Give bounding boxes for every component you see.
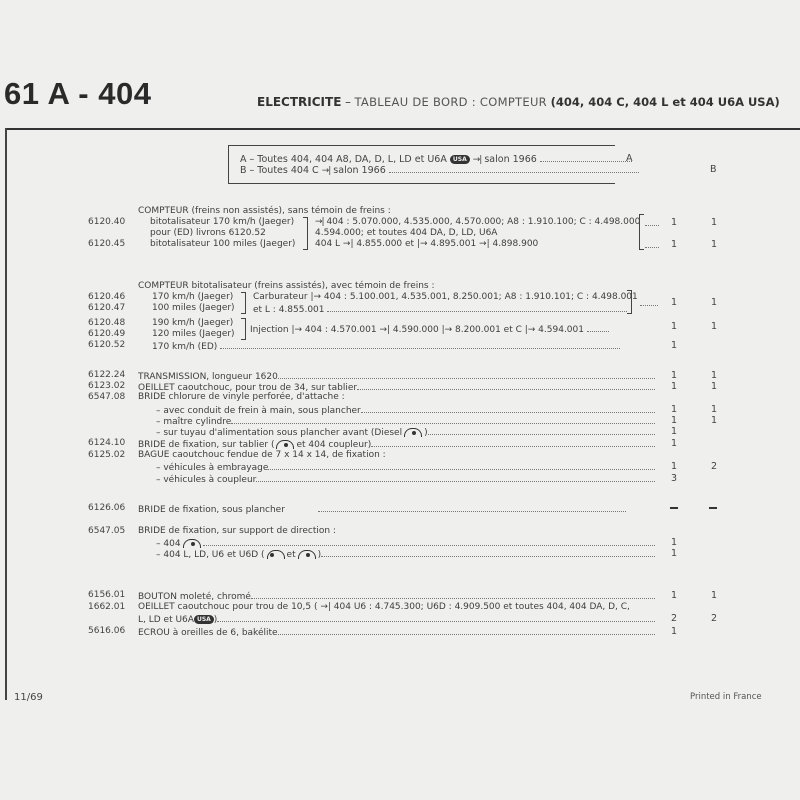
part-desc: BOUTON moleté, chromé xyxy=(138,590,655,602)
right-hand-drive-icon xyxy=(276,440,294,449)
leader-dots xyxy=(587,323,609,332)
qty-a: 1 xyxy=(671,461,677,472)
part-desc: – sur tuyau d'alimentation sous plancher… xyxy=(156,426,655,438)
leader-dots xyxy=(357,381,655,390)
part-desc: BRIDE de fixation, sur tablier (et 404 c… xyxy=(138,438,655,450)
leader-dots xyxy=(371,438,655,447)
leader-dots xyxy=(278,626,655,635)
part-desc-text: et xyxy=(287,550,296,560)
qty-a: 1 xyxy=(671,415,677,426)
part-ref: 1662.01 xyxy=(88,602,125,612)
variant-b: B – Toutes 404 C →| salon 1966 xyxy=(240,164,639,176)
subsection-name: TABLEAU DE BORD : COMPTEUR xyxy=(354,95,547,109)
qty-b: 1 xyxy=(711,239,717,250)
part-desc: bitotalisateur 100 miles (Jaeger) xyxy=(150,239,295,249)
part-desc: L, LD et U6AUSA) xyxy=(138,613,655,625)
part-desc: ECROU à oreilles de 6, bakélite xyxy=(138,626,655,638)
left-margin-rule xyxy=(5,128,7,700)
part-desc: – véhicules à embrayage xyxy=(156,461,655,473)
part-desc-text: BAGUE caoutchouc fendue de 7 x 14 x 14, … xyxy=(138,450,386,460)
leader-dots xyxy=(231,415,655,424)
leader-dots xyxy=(217,613,655,622)
part-ref: 6126.06 xyxy=(88,503,125,513)
part-note-text: et L : 4.855.001 xyxy=(253,305,325,315)
part-desc-text: BRIDE de fixation, sur support de direct… xyxy=(138,526,336,536)
usa-badge-icon: USA xyxy=(194,615,214,624)
qty-a: 1 xyxy=(671,537,677,548)
variant-b-suffix: salon 1966 xyxy=(333,165,385,176)
group-title: COMPTEUR (freins non assistés), sans tém… xyxy=(138,206,391,216)
part-ref: 6120.40 xyxy=(88,217,125,227)
leader-dots xyxy=(203,537,655,546)
bracket xyxy=(303,217,308,250)
part-desc: 120 miles (Jaeger) xyxy=(152,329,235,339)
part-note: Carburateur |→ 404 : 5.100.001, 4.535.00… xyxy=(253,292,638,302)
part-desc-text: – 404 L, LD, U6 et U6D ( xyxy=(156,550,265,560)
part-desc-text: BRIDE de fixation, sur tablier ( xyxy=(138,440,274,450)
variant-b-text: B – Toutes 404 C xyxy=(240,165,319,176)
printed-in: Printed in France xyxy=(690,692,762,702)
part-desc-text: OEILLET caoutchouc pour trou de 10,5 ( →… xyxy=(138,602,630,612)
part-desc: BRIDE de fixation, sur support de direct… xyxy=(138,526,336,536)
bracket xyxy=(627,290,632,314)
part-ref: 6120.52 xyxy=(88,340,125,350)
qty-a: 1 xyxy=(671,404,677,415)
part-desc-text: BRIDE de fixation, sous plancher xyxy=(138,505,285,515)
usa-badge-icon: USA xyxy=(450,155,470,164)
part-desc: – véhicules à coupleur xyxy=(156,473,655,485)
until-arrow-icon: →| xyxy=(315,217,324,227)
part-desc-text: 170 km/h (ED) xyxy=(152,342,217,352)
part-note-text: Injection |→ 404 : 4.570.001 →| 4.590.00… xyxy=(250,325,584,335)
header-rule xyxy=(5,128,800,130)
qty-a: 1 xyxy=(671,381,677,392)
right-hand-drive-icon xyxy=(183,539,201,548)
qty-b: 1 xyxy=(711,370,717,381)
part-desc-text: – sur tuyau d'alimentation sous plancher… xyxy=(156,428,402,438)
part-note: Injection |→ 404 : 4.570.001 →| 4.590.00… xyxy=(250,323,609,335)
part-note-text: 404 : 5.070.000, 4.535.000, 4.570.000; A… xyxy=(326,217,640,227)
part-ref: 6120.46 xyxy=(88,292,125,302)
part-note: 4.594.000; et toutes 404 DA, D, LD, U6A xyxy=(315,228,497,238)
bracket xyxy=(241,318,246,340)
part-desc: 100 miles (Jaeger) xyxy=(152,303,235,313)
group-title: COMPTEUR bitotalisateur (freins assistés… xyxy=(138,281,435,291)
part-desc: 170 km/h (ED) xyxy=(152,340,620,352)
part-desc: BRIDE chlorure de vinyle perforée, d'att… xyxy=(138,392,345,402)
part-ref: 6120.47 xyxy=(88,303,125,313)
part-ref: 6547.08 xyxy=(88,392,125,402)
part-ref: 6120.45 xyxy=(88,239,125,249)
part-desc: OEILLET caoutchouc pour trou de 10,5 ( →… xyxy=(138,602,630,612)
part-desc-text: L, LD et U6A xyxy=(138,615,194,625)
qty-b: 1 xyxy=(711,590,717,601)
models-list: (404, 404 C, 404 L et 404 U6A USA) xyxy=(551,95,780,109)
part-ref: 6122.24 xyxy=(88,370,125,380)
qty-b: 1 xyxy=(711,321,717,332)
part-desc-text: – véhicules à embrayage xyxy=(156,463,268,473)
qty-a: 1 xyxy=(671,438,677,449)
part-note: 404 L →| 4.855.000 et |→ 4.895.001 →| 4.… xyxy=(315,239,538,249)
part-ref: 6156.01 xyxy=(88,590,125,600)
print-date: 11/69 xyxy=(14,692,43,703)
qty-a: 1 xyxy=(671,590,677,601)
part-ref: 6120.48 xyxy=(88,318,125,328)
part-desc: pour (ED) livrons 6120.52 xyxy=(150,228,266,238)
part-desc: BAGUE caoutchouc fendue de 7 x 14 x 14, … xyxy=(138,450,386,460)
part-ref: 6124.10 xyxy=(88,438,125,448)
qty-a: 2 xyxy=(671,613,677,624)
leader-dots xyxy=(321,548,655,557)
qty-b: 1 xyxy=(711,381,717,392)
bracket xyxy=(241,292,246,314)
right-hand-drive-icon xyxy=(298,550,316,559)
leader-dots xyxy=(645,217,659,226)
part-ref: 6125.02 xyxy=(88,450,125,460)
part-desc: 190 km/h (Jaeger) xyxy=(152,318,233,328)
qty-a: 1 xyxy=(671,217,677,228)
qty-a: 1 xyxy=(671,297,677,308)
qty-a: 1 xyxy=(671,340,677,351)
part-desc: bitotalisateur 170 km/h (Jaeger) xyxy=(150,217,294,227)
part-desc: – 404 L, LD, U6 et U6D (et) xyxy=(156,548,655,560)
right-hand-drive-icon xyxy=(404,428,422,437)
page-code: 61 A - 404 xyxy=(4,76,151,112)
part-note: →| 404 : 5.070.000, 4.535.000, 4.570.000… xyxy=(315,217,640,227)
qty-a: 1 xyxy=(671,548,677,559)
leader-dots xyxy=(268,461,655,470)
part-desc: BRIDE de fixation, sous plancher xyxy=(138,503,626,515)
part-ref: 6123.02 xyxy=(88,381,125,391)
part-ref: 6120.49 xyxy=(88,329,125,339)
qty-a: 1 xyxy=(671,626,677,637)
qty-a-none xyxy=(670,507,678,509)
leader-dots xyxy=(361,404,655,413)
qty-a: 1 xyxy=(671,321,677,332)
leader-dots xyxy=(645,239,659,248)
part-note: et L : 4.855.001 xyxy=(253,303,627,315)
column-b-label: B xyxy=(710,164,717,175)
bracket xyxy=(639,214,644,250)
part-desc-text: BOUTON moleté, chromé xyxy=(138,592,251,602)
qty-b: 2 xyxy=(711,461,717,472)
qty-b: 1 xyxy=(711,297,717,308)
leader-dots xyxy=(251,590,655,599)
leader-dots xyxy=(389,164,639,173)
leader-dots xyxy=(278,370,655,379)
part-desc: 170 km/h (Jaeger) xyxy=(152,292,233,302)
leader-dots xyxy=(327,303,627,312)
section-name: ELECTRICITE xyxy=(257,95,341,109)
title-separator: – xyxy=(345,95,351,109)
section-title: ELECTRICITE – TABLEAU DE BORD : COMPTEUR… xyxy=(257,95,780,109)
column-a-label: A xyxy=(626,153,633,164)
qty-b: 1 xyxy=(711,404,717,415)
leader-dots xyxy=(256,473,655,482)
part-desc-text: ECROU à oreilles de 6, bakélite xyxy=(138,628,278,638)
qty-a: 1 xyxy=(671,370,677,381)
leader-dots xyxy=(318,503,626,512)
part-desc-text: BRIDE chlorure de vinyle perforée, d'att… xyxy=(138,392,345,402)
part-ref: 5616.06 xyxy=(88,626,125,636)
qty-b: 1 xyxy=(711,217,717,228)
qty-a: 1 xyxy=(671,239,677,250)
leader-dots xyxy=(220,340,620,349)
leader-dots xyxy=(428,426,655,435)
qty-a: 1 xyxy=(671,426,677,437)
leader-dots xyxy=(540,153,632,162)
left-hand-drive-icon xyxy=(267,550,285,559)
part-desc-text: – véhicules à coupleur xyxy=(156,475,256,485)
part-desc-text: et 404 coupleur) xyxy=(296,440,371,450)
qty-b: 2 xyxy=(711,613,717,624)
leader-dots xyxy=(640,297,658,306)
part-ref: 6547.05 xyxy=(88,526,125,536)
qty-a: 3 xyxy=(671,473,677,484)
until-arrow-icon: →| xyxy=(322,166,331,176)
qty-b: 1 xyxy=(711,415,717,426)
qty-b-none xyxy=(709,507,717,509)
